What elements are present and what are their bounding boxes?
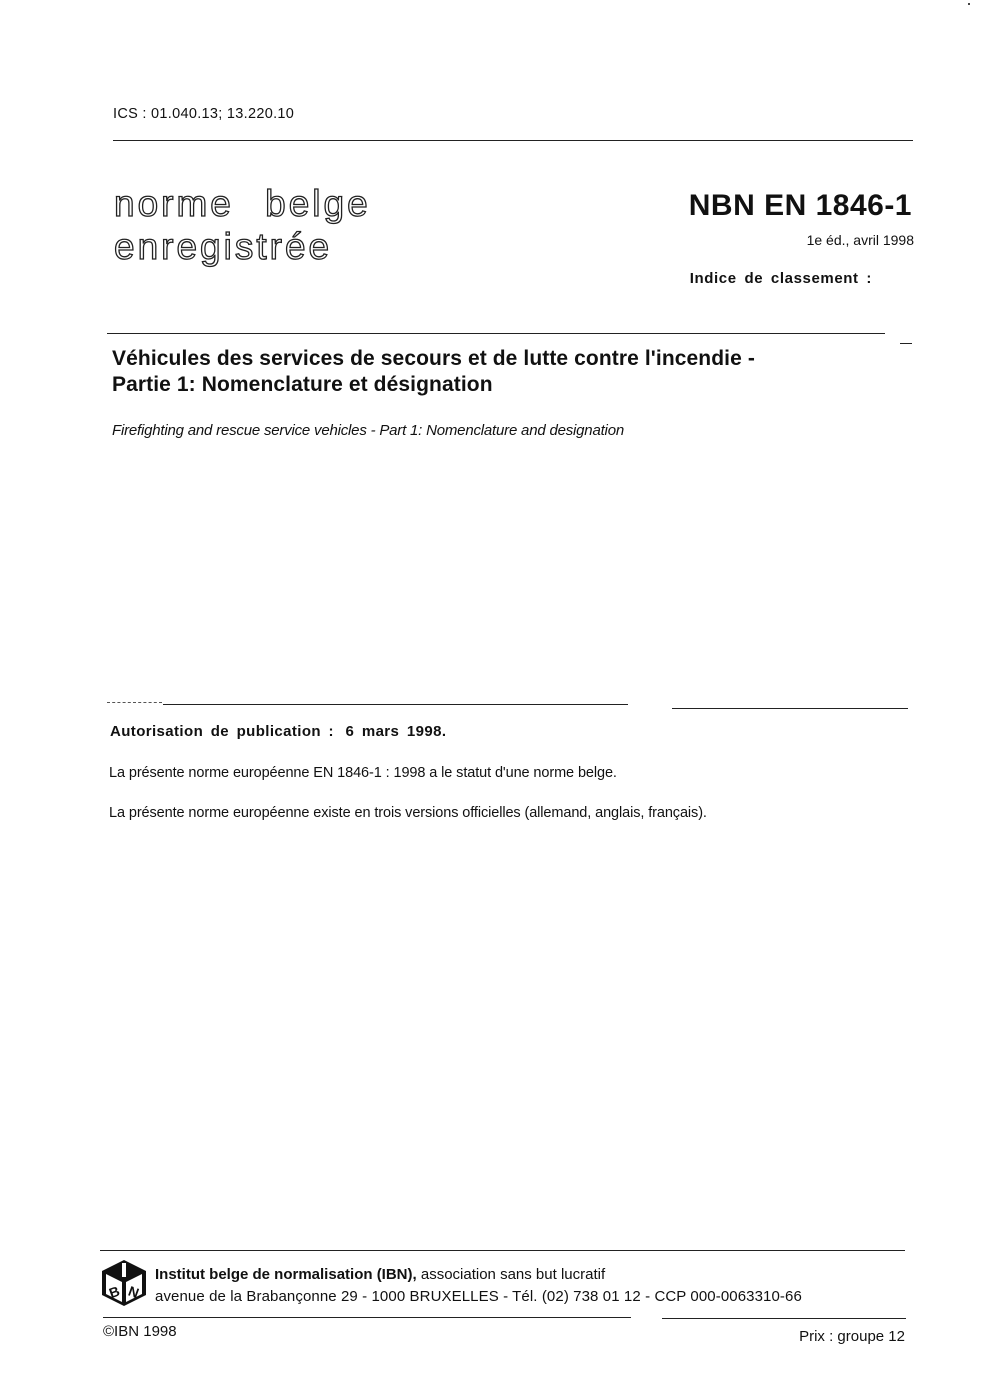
- norme-belge-label: norme belge: [114, 183, 371, 225]
- pub-divider-c: [672, 708, 908, 709]
- copyright: ©IBN 1998: [103, 1323, 177, 1340]
- pub-divider-b: [163, 704, 628, 705]
- authorization-date: 6 mars 1998.: [346, 723, 447, 740]
- price-group: Prix : groupe 12: [799, 1328, 905, 1345]
- pub-divider-a: [107, 702, 162, 703]
- document-title-en: Firefighting and rescue service vehicles…: [112, 422, 624, 439]
- header-divider: [113, 140, 913, 141]
- title-fr-line1: Véhicules des services de secours et de …: [112, 346, 922, 372]
- footer-divider-left: [103, 1317, 631, 1318]
- institute-address: avenue de la Brabançonne 29 - 1000 BRUXE…: [155, 1288, 802, 1305]
- institute-line: Institut belge de normalisation (IBN), a…: [155, 1266, 605, 1283]
- indice-classement: Indice de classement :: [690, 270, 872, 287]
- document-title-fr: Véhicules des services de secours et de …: [112, 346, 922, 398]
- title-fr-line2: Partie 1: Nomenclature et désignation: [112, 372, 922, 398]
- ibn-logo-icon: B N: [100, 1259, 148, 1307]
- versions-statement: La présente norme européenne existe en t…: [109, 805, 707, 821]
- edition-date: 1e éd., avril 1998: [807, 232, 914, 248]
- ics-classification: ICS : 01.040.13; 13.220.10: [113, 106, 294, 122]
- status-statement: La présente norme européenne EN 1846-1 :…: [109, 765, 617, 781]
- footer-divider-top: [100, 1250, 905, 1251]
- institute-name: Institut belge de normalisation (IBN),: [155, 1266, 417, 1283]
- footer-divider-right: [662, 1318, 906, 1319]
- title-divider-end: [900, 343, 912, 344]
- institute-description: association sans but lucratif: [417, 1266, 605, 1283]
- publication-authorization: Autorisation de publication : 6 mars 199…: [110, 723, 446, 740]
- authorization-label: Autorisation de publication :: [110, 723, 334, 740]
- title-divider: [107, 333, 885, 334]
- standard-code: NBN EN 1846-1: [689, 189, 912, 223]
- scan-speck: [968, 3, 970, 5]
- enregistree-label: enregistrée: [114, 226, 332, 268]
